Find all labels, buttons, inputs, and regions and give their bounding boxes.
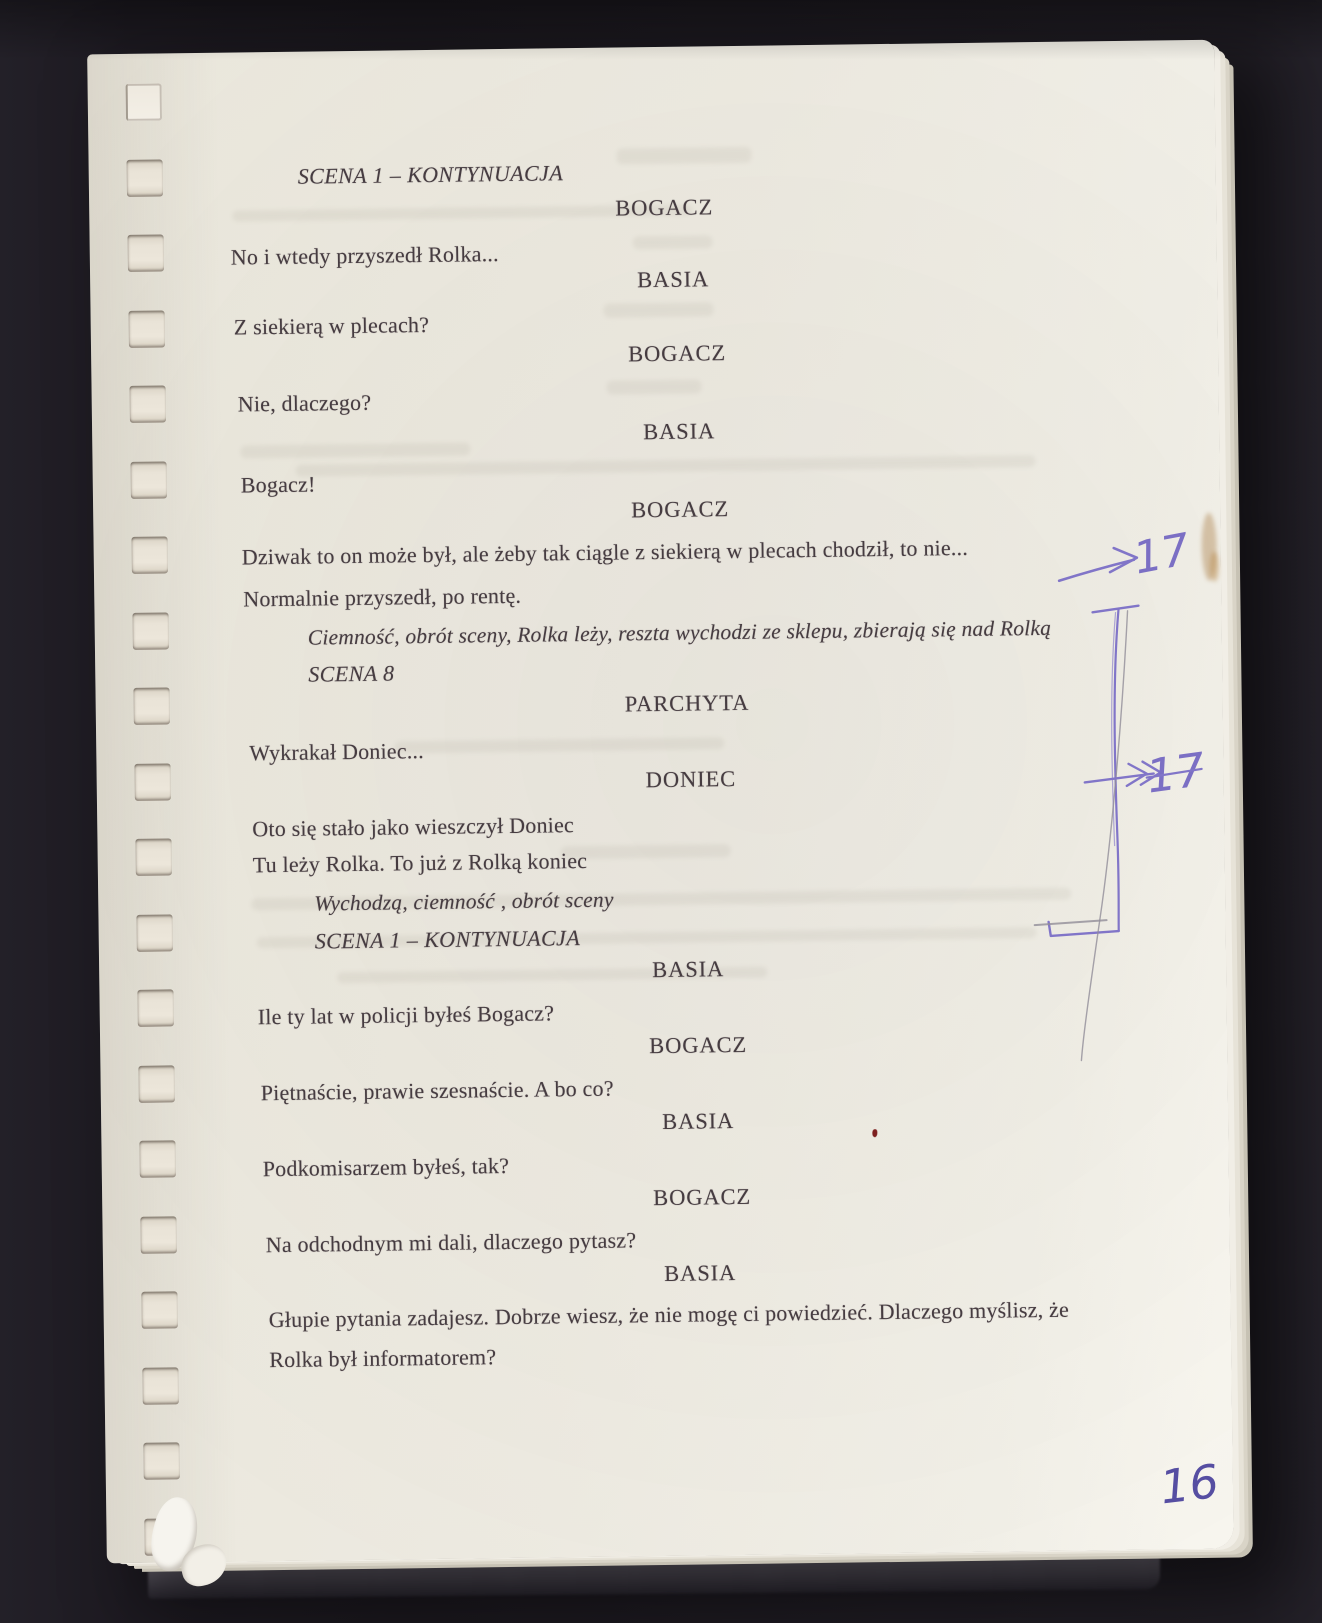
- scene-heading: SCENA 8: [308, 660, 394, 687]
- arrowhead-icon: [1110, 548, 1137, 572]
- binding-hole: [140, 1216, 176, 1253]
- comb-binding-holes: [87, 40, 1214, 55]
- dialogue-line: Z siekierą w plecach?: [234, 312, 430, 341]
- binding-hole: [131, 461, 167, 498]
- binding-hole: [127, 159, 163, 196]
- binding-hole: [130, 385, 166, 422]
- bracket-bottom-hook: [1049, 921, 1119, 936]
- binding-hole: [132, 612, 168, 649]
- dialogue-line: Normalnie przyszedł, po rentę.: [243, 583, 521, 613]
- binding-hole: [139, 1140, 175, 1177]
- character-name: BASIA: [664, 1260, 736, 1287]
- handwritten-page-number: 16: [1157, 1454, 1221, 1515]
- scene-heading: SCENA 1 – KONTYNUACJA: [298, 160, 564, 189]
- bleedthrough-smudge: [616, 147, 751, 165]
- bracket-vertical-line-2: [1110, 612, 1119, 846]
- margin-note-17-mid: 17: [1143, 742, 1208, 803]
- dialogue-line: Na odchodnym mi dali, dlaczego pytasz?: [266, 1227, 637, 1258]
- character-name: BOGACZ: [631, 496, 729, 523]
- pencil-tick: [1035, 920, 1107, 925]
- margin-note-17-top: 17: [1130, 524, 1195, 585]
- character-name: BOGACZ: [653, 1184, 751, 1211]
- binding-hole: [128, 234, 164, 271]
- bleedthrough-smudge: [633, 235, 713, 249]
- binding-hole: [134, 763, 170, 800]
- dialogue-line: Głupie pytania zadajesz. Dobrze wiesz, ż…: [269, 1297, 1070, 1333]
- pencil-diagonal-line: [1076, 611, 1134, 1061]
- stage-direction: Wychodzą, ciemność , obrót sceny: [314, 888, 614, 917]
- binding-hole: [136, 914, 172, 951]
- binding-hole: [138, 1065, 174, 1102]
- binding-hole: [141, 1291, 177, 1328]
- bleedthrough-smudge: [606, 379, 701, 394]
- stage-direction: Ciemność, obrót sceny, Rolka leży, reszt…: [308, 616, 1052, 651]
- character-name: BASIA: [643, 418, 715, 445]
- bleedthrough-smudge: [394, 737, 724, 753]
- character-name: BASIA: [637, 266, 709, 293]
- dialogue-line: Podkomisarzem byłeś, tak?: [263, 1153, 510, 1182]
- dialogue-line: No i wtedy przyszedł Rolka...: [231, 241, 499, 271]
- dialogue-line: Wykrakał Doniec...: [249, 738, 424, 766]
- bleedthrough-smudge: [240, 442, 470, 458]
- arrow-icon: [1059, 560, 1134, 581]
- binding-hole: [131, 536, 167, 573]
- seven-cross-stroke: [1147, 769, 1202, 778]
- character-name: BASIA: [652, 956, 724, 983]
- dialogue-line: Ile ty lat w policji byłeś Bogacz?: [258, 1000, 555, 1030]
- character-name: BASIA: [662, 1108, 734, 1135]
- binding-hole: [129, 310, 165, 347]
- arrow-icon: [1085, 774, 1154, 783]
- binding-hole: [142, 1367, 178, 1404]
- dialogue-line: Nie, dlaczego?: [238, 390, 372, 418]
- bleedthrough-smudge: [603, 302, 713, 317]
- screenplay-page: SCENA 1 – KONTYNUACJA BOGACZ No i wtedy …: [87, 40, 1234, 1564]
- binding-hole: [137, 989, 173, 1026]
- bleedthrough-smudge: [296, 455, 1036, 477]
- dialogue-line: Piętnaście, prawie szesnaście. A bo co?: [261, 1076, 614, 1107]
- binding-hole: [143, 1442, 179, 1479]
- dialogue-line: Dziwak to on może był, ale żeby tak ciąg…: [242, 535, 969, 571]
- dialogue-line: Rolka był informatorem?: [269, 1344, 496, 1373]
- character-name: BOGACZ: [615, 194, 713, 221]
- binding-hole: [126, 83, 162, 120]
- arrowhead-icon: [1127, 764, 1147, 786]
- character-name: BOGACZ: [649, 1032, 747, 1059]
- character-name: PARCHYTA: [625, 690, 750, 718]
- arrowhead-icon: [1141, 761, 1161, 784]
- bracket-vertical-line: [1113, 609, 1123, 931]
- dialogue-line: Oto się stało jako wieszczył Doniec: [252, 812, 574, 842]
- scene-heading: SCENA 1 – KONTYNUACJA: [315, 925, 581, 954]
- scanned-notebook-photo: SCENA 1 – KONTYNUACJA BOGACZ No i wtedy …: [0, 0, 1322, 1623]
- dialogue-line: Tu leży Rolka. To już z Rolką koniec: [253, 848, 588, 878]
- binding-hole: [135, 838, 171, 875]
- character-name: BOGACZ: [628, 340, 726, 367]
- dialogue-line: Bogacz!: [241, 471, 316, 498]
- character-name: DONIEC: [646, 766, 737, 793]
- binding-hole: [133, 687, 169, 724]
- bracket-top-bar: [1092, 606, 1138, 613]
- page-edge-stain: [1210, 552, 1219, 582]
- red-ink-speck: [872, 1129, 877, 1137]
